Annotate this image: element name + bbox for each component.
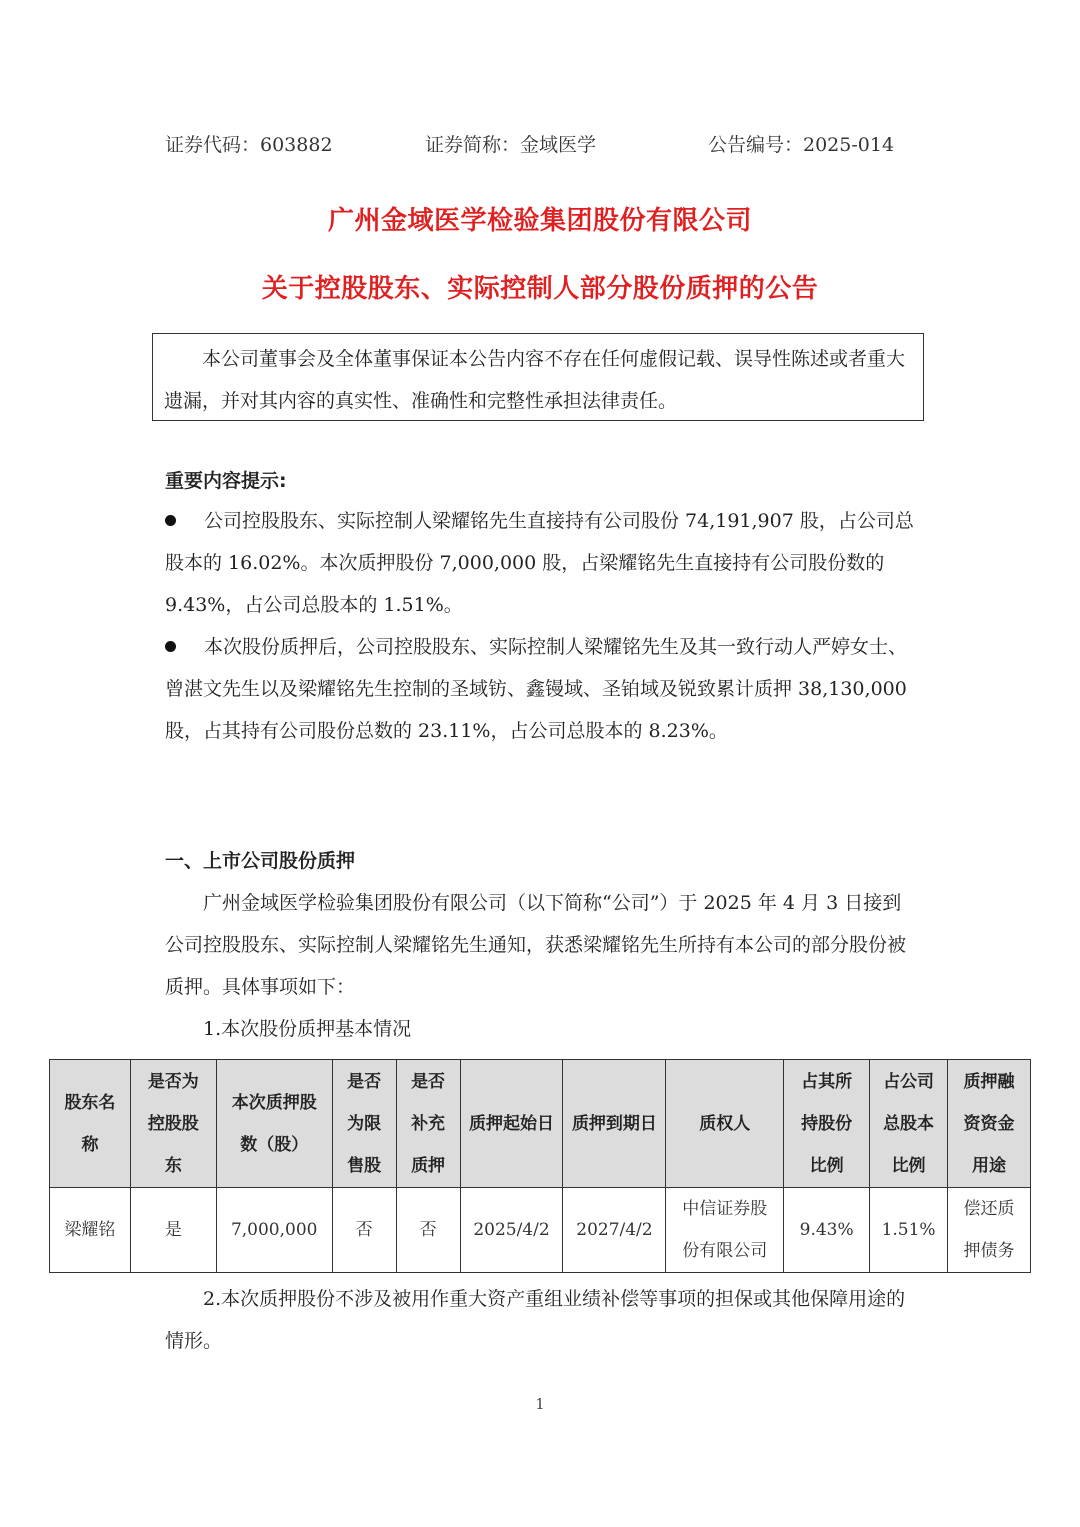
- subsection-1-heading: 1.本次股份质押基本情况: [165, 1008, 915, 1050]
- cell-pledged-shares: 7,000,000: [216, 1188, 332, 1273]
- cell-pledgee: 中信证券股份有限公司: [666, 1188, 784, 1273]
- stock-code: 证券代码：603882: [165, 130, 333, 160]
- col-header-shareholder: 股东名称: [50, 1060, 131, 1188]
- col-header-is-controlling: 是否为控股股东: [130, 1060, 216, 1188]
- stock-abbreviation: 证券简称：金域医学: [425, 130, 596, 160]
- section-1: 一、上市公司股份质押 广州金域医学检验集团股份有限公司（以下简称“公司”）于 2…: [165, 840, 915, 1050]
- key-point-item: 公司控股股东、实际控制人梁耀铭先生直接持有公司股份 74,191,907 股，占…: [165, 500, 915, 626]
- section-1-paragraph: 广州金域医学检验集团股份有限公司（以下简称“公司”）于 2025 年 4 月 3…: [165, 882, 915, 1008]
- page-number: 1: [0, 1395, 1080, 1413]
- cell-pct-of-total: 1.51%: [870, 1188, 948, 1273]
- cell-is-restricted: 否: [332, 1188, 396, 1273]
- key-points-list: 公司控股股东、实际控制人梁耀铭先生直接持有公司股份 74,191,907 股，占…: [165, 500, 915, 752]
- key-points-heading: 重要内容提示:: [165, 460, 915, 502]
- col-header-pct-of-holding: 占其所持股份比例: [784, 1060, 870, 1188]
- cell-start-date: 2025/4/2: [460, 1188, 563, 1273]
- col-header-start-date: 质押起始日: [460, 1060, 563, 1188]
- key-point-text: 本次股份质押后，公司控股股东、实际控制人梁耀铭先生及其一致行动人严婷女士、曾湛文…: [165, 636, 907, 742]
- col-header-pledgee: 质权人: [666, 1060, 784, 1188]
- key-point-text: 公司控股股东、实际控制人梁耀铭先生直接持有公司股份 74,191,907 股，占…: [165, 510, 914, 616]
- col-header-end-date: 质押到期日: [563, 1060, 666, 1188]
- table-row: 梁耀铭 是 7,000,000 否 否 2025/4/2 2027/4/2 中信…: [50, 1188, 1031, 1273]
- section-1-point-2: 2.本次质押股份不涉及被用作重大资产重组业绩补偿等事项的担保或其他保障用途的情形…: [165, 1278, 915, 1362]
- section-1-heading: 一、上市公司股份质押: [165, 840, 915, 882]
- cell-shareholder: 梁耀铭: [50, 1188, 131, 1273]
- board-statement-text: 本公司董事会及全体董事保证本公告内容不存在任何虚假记载、误导性陈述或者重大遗漏，…: [164, 338, 913, 422]
- pledge-details-table: 股东名称 是否为控股股东 本次质押股数（股） 是否为限售股 是否补充质押 质押起…: [49, 1059, 1031, 1273]
- col-header-pledged-shares: 本次质押股数（股）: [216, 1060, 332, 1188]
- col-header-pct-of-total: 占公司总股本比例: [870, 1060, 948, 1188]
- col-header-use-of-funds: 质押融资资金用途: [948, 1060, 1031, 1188]
- cell-is-controlling: 是: [130, 1188, 216, 1273]
- col-header-is-restricted: 是否为限售股: [332, 1060, 396, 1188]
- key-points-heading-block: 重要内容提示:: [165, 460, 915, 502]
- board-statement-box: 本公司董事会及全体董事保证本公告内容不存在任何虚假记载、误导性陈述或者重大遗漏，…: [152, 333, 924, 421]
- company-title: 广州金域医学检验集团股份有限公司: [0, 200, 1080, 237]
- key-point-item: 本次股份质押后，公司控股股东、实际控制人梁耀铭先生及其一致行动人严婷女士、曾湛文…: [165, 626, 915, 752]
- col-header-is-supplementary: 是否补充质押: [396, 1060, 460, 1188]
- announcement-number: 公告编号：2025-014: [708, 130, 894, 160]
- bullet-icon: [165, 641, 176, 652]
- cell-is-supplementary: 否: [396, 1188, 460, 1273]
- bullet-icon: [165, 515, 176, 526]
- announcement-title: 关于控股股东、实际控制人部分股份质押的公告: [0, 268, 1080, 305]
- table-header-row: 股东名称 是否为控股股东 本次质押股数（股） 是否为限售股 是否补充质押 质押起…: [50, 1060, 1031, 1188]
- section-1-point-2-block: 2.本次质押股份不涉及被用作重大资产重组业绩补偿等事项的担保或其他保障用途的情形…: [165, 1278, 915, 1362]
- cell-end-date: 2027/4/2: [563, 1188, 666, 1273]
- document-page: 证券代码：603882 证券简称：金域医学 公告编号：2025-014 广州金域…: [0, 0, 1080, 1527]
- cell-pct-of-holding: 9.43%: [784, 1188, 870, 1273]
- cell-use-of-funds: 偿还质押债务: [948, 1188, 1031, 1273]
- document-header: 证券代码：603882 证券简称：金域医学 公告编号：2025-014: [165, 130, 910, 160]
